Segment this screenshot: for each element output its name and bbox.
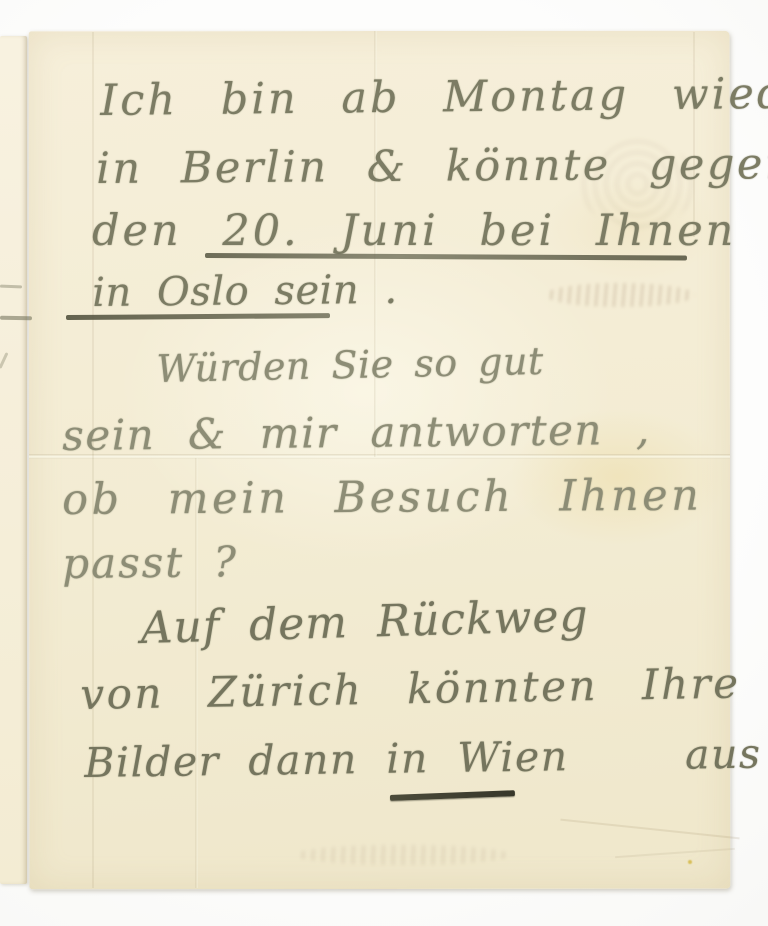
letter-scan: { "meta": { "description": "Scanned page… bbox=[0, 0, 768, 926]
paper-speck bbox=[688, 860, 692, 864]
letter-page bbox=[29, 31, 731, 890]
folded-page-edge-strip bbox=[0, 36, 27, 884]
